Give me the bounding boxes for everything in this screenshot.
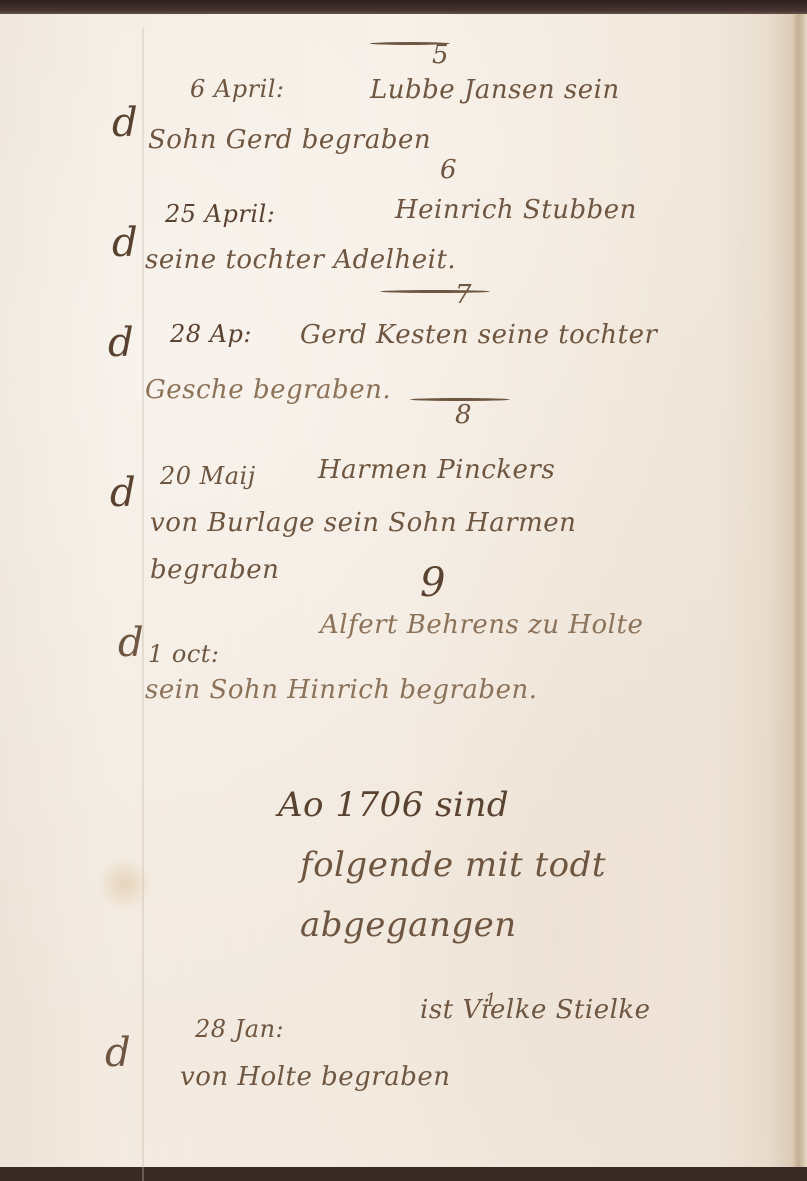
entry-line: Sohn Gerd begraben bbox=[148, 125, 431, 155]
entry-line: Harmen Pinckers bbox=[318, 455, 555, 485]
entry-date: 28 Jan: bbox=[195, 1015, 284, 1043]
heading-line: folgende mit todt bbox=[300, 845, 606, 885]
entry-line: begraben bbox=[150, 555, 279, 585]
entry-line: Gerd Kesten seine tochter bbox=[300, 320, 657, 350]
page-right-edge bbox=[793, 14, 807, 1167]
entry-number-overline bbox=[380, 290, 490, 293]
entry-line: sein Sohn Hinrich begraben. bbox=[145, 675, 537, 705]
entry-line: Gesche begraben. bbox=[145, 375, 391, 405]
entry-number: 9 bbox=[420, 560, 446, 606]
entry-line: Heinrich Stubben bbox=[395, 195, 637, 225]
entry-marker: d bbox=[108, 320, 134, 366]
entry-date: 6 April: bbox=[190, 75, 285, 103]
entry-number: 6 bbox=[440, 155, 457, 185]
entry-date: 28 Ap: bbox=[170, 320, 252, 348]
entry-marker: d bbox=[112, 100, 138, 146]
heading-line: abgegangen bbox=[300, 905, 517, 945]
entry-date: 1 oct: bbox=[148, 640, 220, 668]
entry-date: 25 April: bbox=[165, 200, 275, 228]
entry-line: von Burlage sein Sohn Harmen bbox=[150, 508, 576, 538]
manuscript-page bbox=[0, 14, 795, 1167]
entry-marker: d bbox=[118, 620, 144, 666]
entry-line: seine tochter Adelheit. bbox=[145, 245, 456, 275]
ink-stain bbox=[100, 854, 150, 914]
entry-number: 8 bbox=[455, 400, 472, 430]
entry-number: 7 bbox=[455, 280, 472, 310]
entry-marker: d bbox=[105, 1030, 131, 1076]
entry-line: Lubbe Jansen sein bbox=[370, 75, 620, 105]
page-fold-line bbox=[142, 28, 144, 1167]
entry-line: Alfert Behrens zu Holte bbox=[320, 610, 643, 640]
entry-marker: d bbox=[112, 220, 138, 266]
entry-date: 20 Maij bbox=[160, 462, 256, 490]
entry-marker: d bbox=[110, 470, 136, 516]
heading-line: Ao 1706 sind bbox=[278, 785, 509, 825]
entry-line: ist Vielke Stielke bbox=[420, 995, 651, 1025]
entry-number: 5 bbox=[432, 40, 449, 70]
entry-line: von Holte begraben bbox=[180, 1062, 450, 1092]
